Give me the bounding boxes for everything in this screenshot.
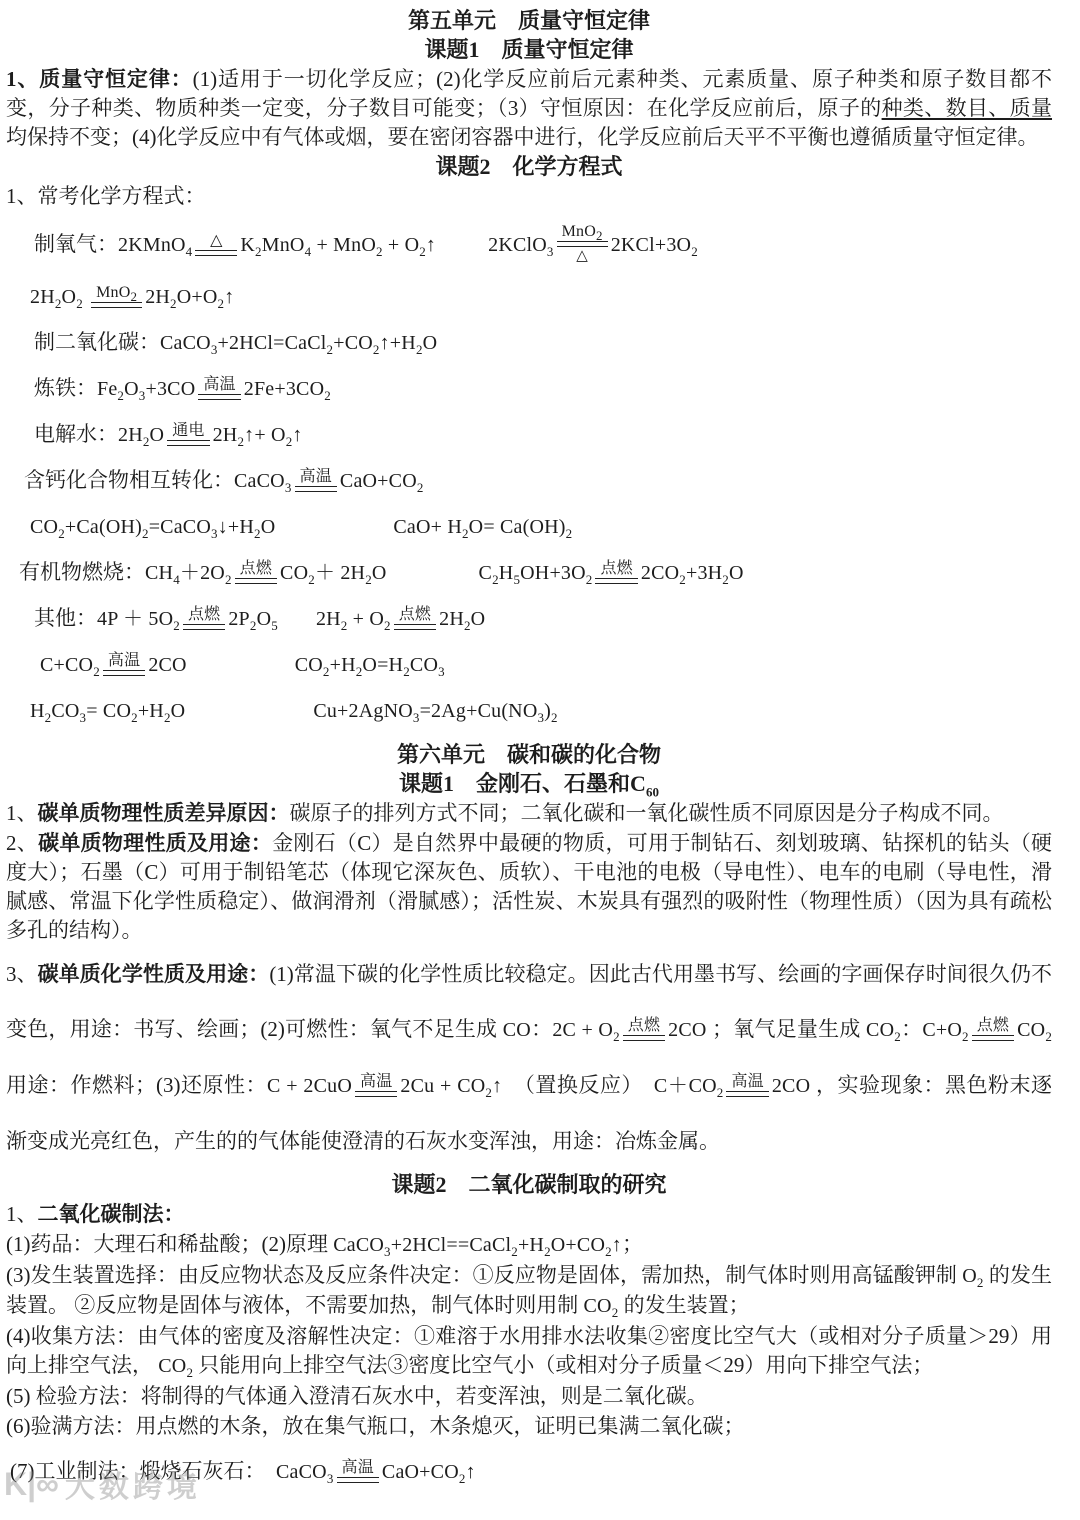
reaction-condition: MnO2△: [557, 224, 608, 264]
text-run: 制二氧化碳：: [34, 330, 160, 354]
condition-above-label: 高温: [198, 377, 240, 394]
chemical-formula: CaO+ H2O= Ca(OH)2: [393, 516, 572, 538]
condition-equals-bar: [623, 1035, 665, 1041]
chemical-formula: 2CO2+3H2O: [641, 562, 744, 584]
chemical-formula: Cu+2AgNO3=2Ag+Cu(NO3)2: [313, 700, 557, 722]
paragraph: 1、二氧化碳制法：: [6, 1200, 1052, 1229]
reaction-condition: 高温: [103, 653, 145, 676]
chemical-formula: 2H2↑+ O2↑: [213, 424, 303, 446]
condition-equals-bar: [394, 624, 436, 630]
condition-above-label: 高温: [726, 1074, 768, 1091]
condition-above-label: 点燃: [972, 1018, 1014, 1035]
paragraph: 1、常考化学方程式：: [6, 182, 1052, 211]
equation-line: 炼铁：Fe2O3+3CO高温2Fe+3CO2: [34, 373, 1052, 404]
condition-equals-bar: [167, 440, 209, 446]
chemical-formula: 2KClO3: [488, 234, 554, 256]
condition-equals-bar: [295, 486, 337, 492]
text-run: (5) 检验方法：将制得的气体通入澄清石灰水中，若变浑浊，则是二氧化碳。: [6, 1384, 708, 1408]
chemical-formula: 2H2O: [118, 424, 164, 446]
text-run: 制氧气：: [34, 232, 118, 256]
text-run: (6)验满方法：用点燃的木条，放在集气瓶口，木条熄灭，证明已集满二氧化碳；: [6, 1414, 744, 1438]
paragraph: 2、碳单质物理性质及用途：金刚石（C）是自然界中最硬的物质，可用于制钻石、刻划玻…: [6, 829, 1052, 945]
chemical-formula: CO2＋ 2H2O: [280, 562, 387, 584]
topic-title: 课题1 质量守恒定律: [6, 36, 1052, 64]
text-run: 碳原子的排列方式不同；二氧化碳和一氧化碳性质不同原因是分子构成不同。: [290, 801, 1004, 825]
reaction-condition: 点燃: [595, 561, 637, 584]
chemical-formula: CO2: [866, 1019, 901, 1041]
chemical-formula: CaCO3+2HCl=CaCl2+CO2↑+H2O: [160, 332, 437, 354]
equation-line: (7)工业制法：煅烧石灰石： CaCO3高温CaO+CO2↑: [10, 1456, 1052, 1487]
text-run: 均保持不变；(4)化学反应中有气体或烟，要在密闭容器中进行，化学反应前后天平不平…: [6, 125, 1038, 149]
reaction-condition: 点燃: [972, 1018, 1014, 1041]
chemical-formula: Fe2O3+3CO: [97, 378, 195, 400]
text-run: 用途：作燃料；(3)还原性：: [6, 1073, 267, 1097]
condition-above-label: MnO2: [557, 224, 608, 241]
chemical-formula: CH4＋2O2: [145, 562, 232, 584]
text-run: 1、常考化学方程式：: [6, 184, 206, 208]
condition-above-label: 点燃: [595, 561, 637, 578]
condition-equals-bar: [103, 670, 145, 676]
condition-equals-bar: [183, 624, 225, 630]
chemical-formula: C + 2CuO: [267, 1075, 352, 1097]
condition-equals-bar: [195, 250, 237, 256]
text-run: ：: [901, 1017, 922, 1041]
paragraph: 3、碳单质化学性质及用途：(1)常温下碳的化学性质比较稳定。因此古代用墨书写、绘…: [6, 947, 1052, 1169]
text-run: 只能用向上排空气法③密度比空气小（或相对分子质量＜29）用向下排空气法；: [193, 1353, 933, 1377]
paragraph: (5) 检验方法：将制得的气体通入澄清石灰水中，若变浑浊，则是二氧化碳。: [6, 1382, 1052, 1411]
topic-title: 课题2 化学方程式: [6, 153, 1052, 181]
chemical-formula: 2CO: [668, 1019, 706, 1041]
chemical-formula: CO: [503, 1019, 531, 1041]
chemical-formula: CaO+CO2↑: [382, 1461, 476, 1483]
paragraph: 1、质量守恒定律：(1)适用于一切化学反应；(2)化学反应前后元素种类、元素质量…: [6, 65, 1052, 152]
text-run: ：: [531, 1017, 552, 1041]
bold-text: 二氧化碳制法：: [38, 1202, 185, 1226]
condition-equals-bar: [726, 1091, 768, 1097]
condition-above-label: △: [205, 233, 228, 250]
equation-line: 含钙化合物相互转化：CaCO3高温CaO+CO2: [24, 465, 1052, 496]
reaction-condition: MnO2: [91, 285, 142, 308]
condition-above-label: 点燃: [394, 607, 436, 624]
document-page: 第五单元 质量守恒定律课题1 质量守恒定律1、质量守恒定律：(1)适用于一切化学…: [0, 0, 1080, 1520]
chemical-formula: 2KMnO4: [118, 234, 192, 256]
equation-line: 2H2O2 MnO22H2O+O2↑: [30, 281, 1052, 312]
text-run: 电解水：: [34, 422, 118, 446]
bold-text: 碳单质物理性质及用途：: [38, 831, 272, 855]
chemical-formula: 2CO: [772, 1075, 810, 1097]
chemical-formula: H2CO3= CO2+H2O: [30, 700, 185, 722]
text-run: 的发生装置；: [618, 1293, 749, 1317]
unit-title: 第六单元 碳和碳的化合物: [6, 741, 1052, 769]
reaction-condition: 点燃: [623, 1018, 665, 1041]
chemical-formula: C＋CO2: [654, 1075, 724, 1097]
text-run: (1)药品：大理石和稀盐酸；(2)原理: [6, 1232, 333, 1256]
reaction-condition: 高温: [198, 377, 240, 400]
chemical-formula: 2P2O5: [228, 608, 278, 630]
text-run: 有机物燃烧：: [19, 560, 145, 584]
condition-above-label: 点燃: [183, 607, 225, 624]
condition-above-label: 高温: [103, 653, 145, 670]
chemical-formula: CO2: [1017, 1019, 1052, 1041]
condition-above-label: 高温: [295, 469, 337, 486]
text-run: ；: [622, 1232, 643, 1256]
condition-above-label: 通电: [167, 423, 209, 440]
chemical-formula: CaCO3: [276, 1461, 334, 1483]
reaction-condition: 点燃: [394, 607, 436, 630]
chemical-formula: 2Fe+3CO2: [244, 378, 331, 400]
chemical-formula: CaO+CO2: [340, 470, 424, 492]
equation-line: C+CO2高温2COCO2+H2O=H2CO3: [40, 649, 1052, 680]
chemical-formula: 2H2O: [439, 608, 485, 630]
reaction-condition: 通电: [167, 423, 209, 446]
chemical-formula: 2KCl+3O2: [611, 234, 698, 256]
equation-line: H2CO3= CO2+H2OCu+2AgNO3=2Ag+Cu(NO3)2: [30, 695, 1052, 726]
chemical-formula: C+O2: [922, 1019, 968, 1041]
equation-line: 制氧气：2KMnO4△K2MnO4 + MnO2 + O2↑2KClO3MnO2…: [34, 226, 1052, 266]
condition-equals-bar: [972, 1035, 1014, 1041]
condition-equals-bar: [91, 302, 142, 308]
text-run: ；氧气足量生成: [707, 1017, 866, 1041]
chemical-formula: 2H2O+O2↑: [145, 286, 234, 308]
condition-above-label: 高温: [337, 1460, 379, 1477]
text-run: 炼铁：: [34, 376, 97, 400]
condition-above-label: MnO2: [91, 285, 142, 302]
topic-title: 课题2 二氧化碳制取的研究: [6, 1171, 1052, 1199]
underlined-text: 种类、数目、质量: [882, 96, 1052, 120]
condition-below-label: △: [576, 247, 588, 264]
bold-text: 碳单质物理性质差异原因：: [38, 801, 290, 825]
paragraph: (1)药品：大理石和稀盐酸；(2)原理 CaCO3+2HCl==CaCl2+H2…: [6, 1230, 1052, 1260]
unit-title: 第五单元 质量守恒定律: [6, 7, 1052, 35]
text-run: 3、: [6, 962, 38, 986]
document-body: 第五单元 质量守恒定律课题1 质量守恒定律1、质量守恒定律：(1)适用于一切化学…: [6, 7, 1052, 1487]
paragraph: (4)收集方法：由气体的密度及溶解性决定：①难溶于水用排水法收集②密度比空气大（…: [6, 1322, 1052, 1381]
topic-title: 课题1 金刚石、石墨和C60: [6, 770, 1052, 798]
equation-line: 制二氧化碳：CaCO3+2HCl=CaCl2+CO2↑+H2O: [34, 327, 1052, 358]
reaction-condition: 高温: [726, 1074, 768, 1097]
chemical-formula: 4P ＋ 5O2: [97, 608, 180, 630]
equation-line: CO2+Ca(OH)2=CaCO3↓+H2OCaO+ H2O= Ca(OH)2: [30, 511, 1052, 542]
condition-equals-bar: [235, 578, 277, 584]
chemical-formula: 2H2 + O2: [316, 608, 391, 630]
reaction-condition: 高温: [295, 469, 337, 492]
text-run: （置换反应）: [502, 1073, 654, 1097]
chemical-formula: 2Cu + CO2↑: [400, 1075, 502, 1097]
chemical-formula: C2H5OH+3O2: [479, 562, 593, 584]
condition-equals-bar: [355, 1091, 397, 1097]
reaction-condition: 高温: [355, 1074, 397, 1097]
chemical-formula: 2C + O2: [552, 1019, 619, 1041]
text-run: 1、: [6, 1202, 38, 1226]
paragraph: 1、碳单质物理性质差异原因：碳原子的排列方式不同；二氧化碳和一氧化碳性质不同原因…: [6, 799, 1052, 828]
reaction-condition: 点燃: [235, 561, 277, 584]
chemical-formula: K2MnO4 + MnO2 + O2↑: [240, 234, 436, 256]
equation-line: 电解水：2H2O通电2H2↑+ O2↑: [34, 419, 1052, 450]
text-run: 其他：: [34, 606, 97, 630]
condition-above-label: 点燃: [623, 1018, 665, 1035]
chemical-formula: CaCO3+2HCl==CaCl2+H2O+CO2↑: [333, 1234, 622, 1256]
text-run: 1、: [6, 801, 38, 825]
chemical-formula: CO2+Ca(OH)2=CaCO3↓+H2O: [30, 516, 275, 538]
reaction-condition: 高温: [337, 1460, 379, 1483]
equation-line: 其他：4P ＋ 5O2点燃2P2O52H2 + O2点燃2H2O: [34, 603, 1052, 634]
reaction-condition: △: [195, 233, 237, 256]
chemical-formula: CO2: [584, 1295, 619, 1317]
condition-above-label: 高温: [355, 1074, 397, 1091]
condition-equals-bar: [595, 578, 637, 584]
bold-text: 碳单质化学性质及用途：: [38, 962, 270, 986]
reaction-condition: 点燃: [183, 607, 225, 630]
condition-above-label: 点燃: [235, 561, 277, 578]
text-run: (3)发生装置选择：由反应物状态及反应条件决定：①反应物是固体，需加热，制气体时…: [6, 1263, 962, 1287]
chemical-formula: 2CO: [148, 654, 186, 676]
text-run: 含钙化合物相互转化：: [24, 468, 234, 492]
bold-text: 1、质量守恒定律：: [6, 67, 193, 91]
paragraph: (6)验满方法：用点燃的木条，放在集气瓶口，木条熄灭，证明已集满二氧化碳；: [6, 1412, 1052, 1441]
chemical-formula: C+CO2: [40, 654, 100, 676]
condition-equals-bar: [198, 394, 240, 400]
condition-equals-bar: [337, 1477, 379, 1483]
text-run: (7)工业制法：煅烧石灰石：: [10, 1459, 276, 1483]
chemical-formula: CO2+H2O=H2CO3: [295, 654, 445, 676]
paragraph: (3)发生装置选择：由反应物状态及反应条件决定：①反应物是固体，需加热，制气体时…: [6, 1261, 1052, 1321]
chemical-formula: CaCO3: [234, 470, 292, 492]
text-run: 2、: [6, 831, 38, 855]
chemical-formula: O2: [962, 1265, 983, 1287]
equation-line: 有机物燃烧：CH4＋2O2点燃CO2＋ 2H2OC2H5OH+3O2点燃2CO2…: [19, 557, 1052, 588]
chemical-formula: CO2: [158, 1355, 193, 1377]
chemical-formula: 2H2O2: [30, 286, 88, 308]
